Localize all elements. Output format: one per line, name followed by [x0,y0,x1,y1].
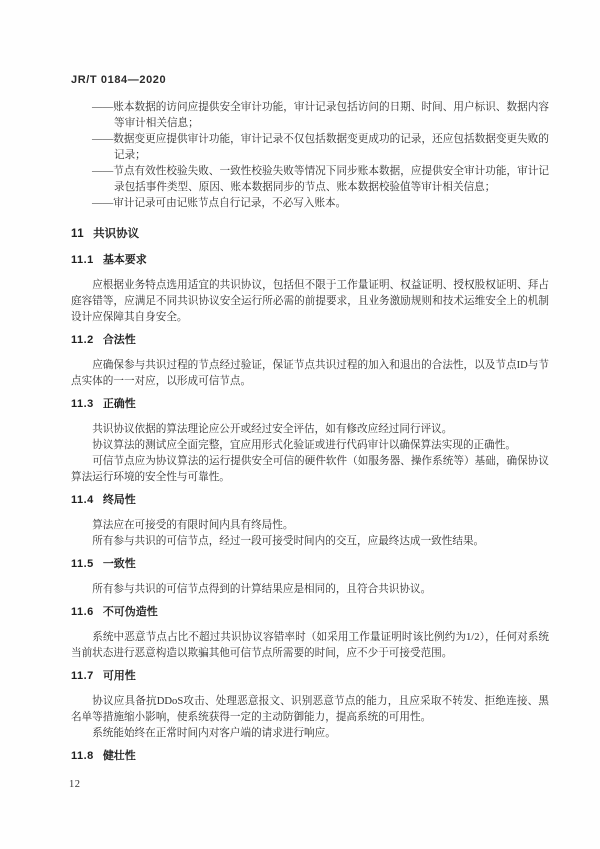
section-heading: 11.5一致性 [71,556,549,572]
section-paragraph: 共识协议依据的算法理论应公开或经过安全评估，如有修改应经过同行评议。 [71,422,549,438]
document-page: JR/T 0184—2020 ——账本数据的访问应提供安全审计功能，审计记录包括… [0,0,600,849]
section-title: 正确性 [103,398,136,410]
section-title: 一致性 [103,558,136,570]
section-number: 11.5 [71,558,94,570]
section-title: 可用性 [103,670,136,682]
running-header: JR/T 0184—2020 [71,72,549,88]
section-heading: 11.6不可伪造性 [71,604,549,620]
section-title: 基本要求 [103,254,147,266]
section-11-3: 11.3正确性 共识协议依据的算法理论应公开或经过安全评估，如有修改应经过同行评… [71,396,549,486]
section-title: 健壮性 [103,750,136,762]
section-heading: 11.3正确性 [71,396,549,412]
section-11-2: 11.2合法性 应确保参与共识过程的节点经过验证，保证节点共识过程的加入和退出的… [71,332,549,390]
section-paragraph: 协议算法的测试应全面完整，宜应用形式化验证或进行代码审计以确保算法实现的正确性。 [71,438,549,454]
section-11-1: 11.1基本要求 应根据业务特点选用适宜的共识协议，包括但不限于工作量证明、权益… [71,252,549,326]
chapter-title: 共识协议 [93,228,139,240]
section-number: 11.1 [71,254,94,266]
section-number: 11.3 [71,398,94,410]
section-paragraph: 协议应具备抗DDoS攻击、处理恶意报文、识别恶意节点的能力，且应采取不转发、拒绝… [71,694,549,726]
bullet-item: ——数据变更应提供审计功能，审计记录不仅包括数据变更成功的记录，还应包括数据变更… [71,132,549,164]
page-number: 12 [69,779,81,790]
chapter-number: 11 [71,228,84,240]
section-paragraph: 应确保参与共识过程的节点经过验证，保证节点共识过程的加入和退出的合法性，以及节点… [71,358,549,390]
section-paragraph: 算法应在可接受的有限时间内具有终局性。 [71,518,549,534]
section-11-7: 11.7可用性 协议应具备抗DDoS攻击、处理恶意报文、识别恶意节点的能力，且应… [71,668,549,742]
audit-requirements-bullet-list: ——账本数据的访问应提供安全审计功能，审计记录包括访问的日期、时间、用户标识、数… [71,100,549,212]
section-title: 不可伪造性 [103,606,158,618]
section-paragraph: 应根据业务特点选用适宜的共识协议，包括但不限于工作量证明、权益证明、授权股权证明… [71,278,549,326]
bullet-item: ——节点有效性校验失败、一致性校验失败等情况下同步账本数据，应提供安全审计功能，… [71,164,549,196]
section-11-4: 11.4终局性 算法应在可接受的有限时间内具有终局性。 所有参与共识的可信节点，… [71,492,549,550]
section-title: 合法性 [103,334,136,346]
section-paragraph: 系统能始终在正常时间内对客户端的请求进行响应。 [71,726,549,742]
section-11-6: 11.6不可伪造性 系统中恶意节点占比不超过共识协议容错率时（如采用工作量证明时… [71,604,549,662]
section-title: 终局性 [103,494,136,506]
section-heading: 11.7可用性 [71,668,549,684]
section-paragraph: 所有参与共识的可信节点得到的计算结果应是相同的，且符合共识协议。 [71,582,549,598]
section-number: 11.6 [71,606,94,618]
section-heading: 11.4终局性 [71,492,549,508]
bullet-item: ——账本数据的访问应提供安全审计功能，审计记录包括访问的日期、时间、用户标识、数… [71,100,549,132]
section-paragraph: 可信节点应为协议算法的运行提供安全可信的硬件软件（如服务器、操作系统等）基础，确… [71,454,549,486]
section-paragraph: 所有参与共识的可信节点，经过一段可接受时间内的交互，应最终达成一致性结果。 [71,534,549,550]
section-heading: 11.1基本要求 [71,252,549,268]
chapter-heading: 11共识协议 [71,226,549,242]
section-heading: 11.2合法性 [71,332,549,348]
section-number: 11.7 [71,670,94,682]
section-number: 11.8 [71,750,94,762]
section-number: 11.4 [71,494,94,506]
section-paragraph: 系统中恶意节点占比不超过共识协议容错率时（如采用工作量证明时该比例约为1/2），… [71,630,549,662]
section-number: 11.2 [71,334,94,346]
section-11-5: 11.5一致性 所有参与共识的可信节点得到的计算结果应是相同的，且符合共识协议。 [71,556,549,598]
section-heading: 11.8健壮性 [71,748,549,764]
section-11-8: 11.8健壮性 [71,748,549,764]
bullet-item: ——审计记录可由记账节点自行记录，不必写入账本。 [71,196,549,212]
page-content: JR/T 0184—2020 ——账本数据的访问应提供安全审计功能，审计记录包括… [71,72,549,774]
